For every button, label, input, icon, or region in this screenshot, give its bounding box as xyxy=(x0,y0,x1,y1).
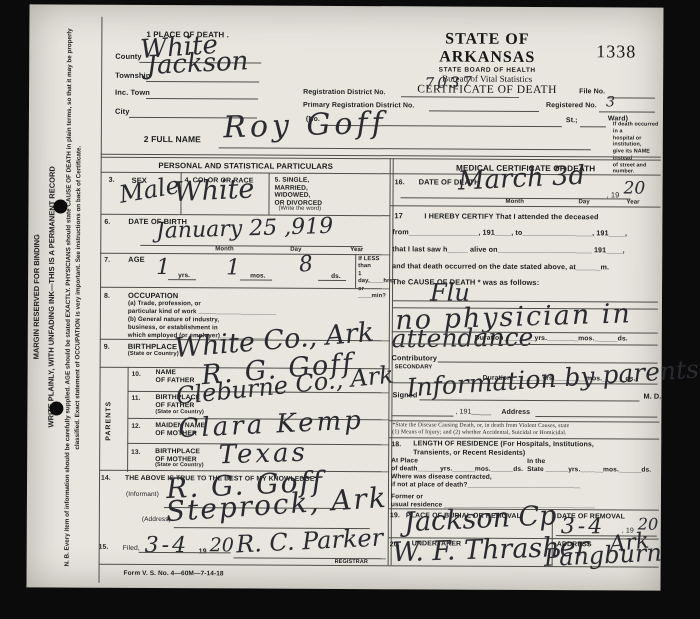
punch-hole-bottom xyxy=(49,401,63,415)
margin-divider xyxy=(99,17,103,583)
md-label: M. D. xyxy=(643,393,661,401)
inc-town-label: Inc. Town xyxy=(115,89,150,98)
father-name-number: 10. xyxy=(132,371,141,379)
filed-label: Filed, xyxy=(123,545,140,553)
registered-no-label: Registered No. xyxy=(546,102,597,110)
cause-footnote: *State the Disease Causing Death, or, in… xyxy=(392,422,656,438)
county-label: County xyxy=(115,53,141,62)
personal-section-heading: PERSONAL AND STATISTICAL PARTICULARS xyxy=(101,162,391,172)
duration-line-1: Duration________yrs.________mos.______ds… xyxy=(475,335,628,344)
registration-district-value: 7037 xyxy=(425,75,476,91)
mother-name-number: 12. xyxy=(131,423,140,431)
undertaker-address-state: Ark xyxy=(608,531,650,557)
full-name-value: Roy Goff xyxy=(223,109,387,144)
margin-write-plainly-note: WRITE PLAINLY, WITH UNFADING INK—THIS IS… xyxy=(46,24,58,569)
age-years-value: 1 xyxy=(156,257,170,279)
occupation-number: 8. xyxy=(104,293,110,301)
birthplace-number: 9. xyxy=(104,344,110,352)
form-number: Form V. S. No. 4—60M—7-14-18 xyxy=(124,570,224,578)
informant-label: (Informant) xyxy=(126,491,159,499)
occupation-a-label: (a) Trade, profession, or particular kin… xyxy=(128,300,276,316)
registered-no-value: 3 xyxy=(606,95,615,109)
scanned-death-certificate: MARGIN RESERVED FOR BINDING WRITE PLAINL… xyxy=(0,0,700,619)
certificate-number: 1338 xyxy=(596,41,636,62)
father-birthplace-number: 11. xyxy=(131,395,140,403)
age-less-than-note: If LESS than 1 day,____hrs. or ____min? xyxy=(358,256,390,300)
certify-from-line: from_________________, 191____, to______… xyxy=(392,228,627,238)
dod-year-value: 20 xyxy=(624,180,646,197)
filed-date-value: 3-4 xyxy=(145,535,190,557)
margin-nb-note: N. B. Every item of information should b… xyxy=(63,23,96,573)
dod-year-label: Year xyxy=(626,199,639,206)
certificate-paper: MARGIN RESERVED FOR BINDING WRITE PLAINL… xyxy=(26,4,663,590)
race-value: White xyxy=(173,175,255,206)
marital-label: 5. SINGLE, MARRIED, WIDOWED, OR DIVORCED xyxy=(274,177,322,208)
certify-statement: I HEREBY CERTIFY That I attended the dec… xyxy=(424,212,598,221)
margin-binding-note: MARGIN RESERVED FOR BINDING xyxy=(31,24,43,569)
state-title: STATE OF ARKANSAS xyxy=(401,30,573,67)
residence-at-place: At Place of death______yrs.______mos.___… xyxy=(391,457,523,474)
age-months-value: 1 xyxy=(226,257,240,279)
signed-address-label: Address xyxy=(501,409,530,417)
dob-year-label: Year xyxy=(350,247,363,254)
punch-hole-top xyxy=(53,199,67,213)
burial-value: Jackson Cp xyxy=(403,502,557,536)
dob-month-label: Month xyxy=(215,246,234,253)
contributory-label: Contributory xyxy=(392,354,437,363)
residence-in-state: In the State ______yrs.______mos.______d… xyxy=(527,458,651,475)
sex-value: Male xyxy=(117,173,181,207)
file-no-label: File No. xyxy=(579,88,605,96)
birthplace-note: (State or Country) xyxy=(128,351,179,358)
residence-contracted: Where was disease contracted, if not at … xyxy=(391,473,581,490)
sex-number: 3. xyxy=(109,177,115,185)
age-number: 7. xyxy=(104,257,110,265)
mother-birthplace-value: Texas xyxy=(218,440,308,469)
dod-number: 16. xyxy=(395,179,405,187)
dob-value: January 25 ,919 xyxy=(156,216,334,243)
burial-number: 19. xyxy=(390,512,400,520)
township-value: Jackson xyxy=(146,48,249,79)
street-label: St.; xyxy=(566,117,578,125)
attest-number: 14. xyxy=(101,475,111,483)
mother-birthplace-number: 13. xyxy=(131,449,140,457)
dod-month-label: Month xyxy=(505,199,524,206)
residence-label: LENGTH OF RESIDENCE (For Hospitals, Inst… xyxy=(413,440,659,459)
city-label: City xyxy=(115,108,130,117)
dod-day-label: Day xyxy=(578,199,589,206)
dob-number: 6. xyxy=(104,219,110,227)
age-days-value: 8 xyxy=(298,253,314,276)
parents-group-label: PARENTS xyxy=(105,377,112,465)
certify-occurred-line: and that death occurred on the date stat… xyxy=(392,262,609,271)
certify-number: 17 xyxy=(394,212,403,221)
mother-birthplace-note: (State or Country) xyxy=(155,462,204,469)
registrar-signature: R. C. Parker xyxy=(236,526,384,557)
residence-number: 18. xyxy=(391,441,401,449)
registration-district-label: Registration District No. xyxy=(303,89,386,97)
secondary-label: SECONDARY xyxy=(395,364,433,371)
certify-saw-line: that I last saw h_____ alive on_________… xyxy=(392,245,625,254)
township-label: Township xyxy=(115,72,150,81)
age-label: AGE xyxy=(128,256,145,265)
signed-date-line: , 191_____ xyxy=(455,409,491,417)
mother-name-value: Clara Kemp xyxy=(178,407,364,442)
marital-note: (Write the word) xyxy=(278,206,321,213)
dod-value: March 3d xyxy=(457,163,585,195)
full-name-label: 2 FULL NAME xyxy=(144,135,201,145)
filed-number: 15. xyxy=(99,544,109,552)
